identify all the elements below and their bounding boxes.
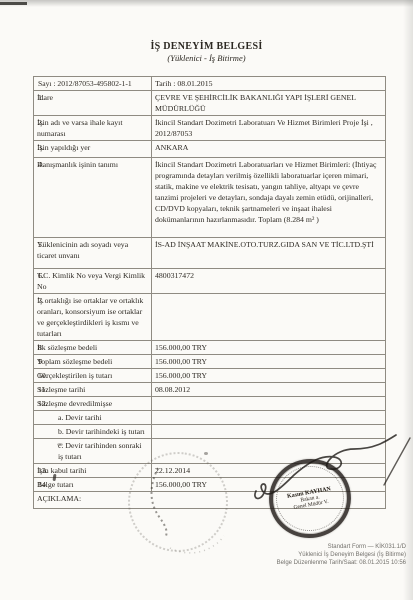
row-value: 156.000,00 TRY: [152, 341, 386, 355]
faint-stamp-strokes: [120, 440, 230, 570]
row-value: 4800317472: [152, 269, 386, 294]
row-number: 6.: [38, 270, 44, 281]
row-label: Sözleşme devredilmişse: [37, 399, 112, 408]
document-subtitle: (Yüklenici - İş Bitirme): [0, 53, 413, 63]
table-row: 10.Gerçekleştirilen iş tutarı 156.000,00…: [34, 369, 386, 383]
document-header: İŞ DENEYİM BELGESİ (Yüklenici - İş Bitir…: [0, 41, 413, 63]
row-label: İşin yapıldığı yer: [37, 143, 90, 152]
row-value: 08.08.2012: [152, 383, 386, 397]
scanned-document-page: İŞ DENEYİM BELGESİ (Yüklenici - İş Bitir…: [0, 0, 413, 600]
row-value: 156.000,00 TRY: [152, 369, 386, 383]
row-label: b. Devir tarihindeki iş tutarı: [58, 427, 145, 436]
table-row: 5.Yüklenicinin adı soyadı veya ticaret u…: [34, 238, 386, 269]
row-value: ÇEVRE VE ŞEHİRCİLİK BAKANLIĞI YAPI İŞLER…: [152, 91, 386, 116]
row-label: a. Devir tarihi: [58, 413, 102, 422]
row-number: 7.: [38, 295, 44, 306]
table-row: 1.İdare ÇEVRE VE ŞEHİRCİLİK BAKANLIĞI YA…: [34, 91, 386, 116]
row-number: 5.: [38, 239, 44, 250]
row-number: 13.: [38, 465, 48, 476]
row-label: Gerçekleştirilen iş tutarı: [37, 371, 112, 380]
row-label: İş ortaklığı ise ortaklar ve ortaklık or…: [37, 296, 143, 338]
row-value: [152, 411, 386, 425]
footer-issue-datetime: Belge Düzenlenme Tarih/Saat: 08.01.2015 …: [277, 559, 406, 567]
row-label: Yüklenicinin adı soyadı veya ticaret unv…: [37, 240, 128, 260]
scan-artifact-top: [0, 0, 413, 7]
signature-mark: [238, 425, 413, 510]
ink-speck: [204, 452, 208, 455]
row-number: 12.: [38, 398, 48, 409]
table-row: 8İlk sözleşme bedeli 156.000,00 TRY: [34, 341, 386, 355]
row-label: Danışmanlık işinin tanımı: [37, 160, 118, 169]
table-row: 7.İş ortaklığı ise ortaklar ve ortaklık …: [34, 294, 386, 341]
row-value: 156.000,00 TRY: [152, 355, 386, 369]
sayi-label: Sayı : 2012/87053-495802-1-1: [34, 77, 152, 91]
row-value: [152, 397, 386, 411]
row-value: [152, 294, 386, 341]
row-value: İkincil Standart Dozimetri Laboratuarlar…: [152, 158, 386, 238]
row-number: 11.: [38, 384, 47, 395]
row-label: İşin adı ve varsa ihale kayıt numarası: [37, 118, 123, 138]
table-row: 2.İşin adı ve varsa ihale kayıt numarası…: [34, 116, 386, 141]
row-number: 1.: [38, 92, 44, 103]
row-label: Toplam sözleşme bedeli: [37, 357, 112, 366]
row-number: 3.: [38, 142, 44, 153]
table-row: 3.İşin yapıldığı yer ANKARA: [34, 141, 386, 158]
ink-speck: [57, 443, 63, 446]
row-number: 14.: [38, 479, 48, 490]
footer-form-name: Yüklenici İş Deneyim Belgesi (İş Bitirme…: [277, 551, 406, 559]
row-number: 9: [38, 356, 42, 367]
table-row: 12.Sözleşme devredilmişse: [34, 397, 386, 411]
table-row: 9Toplam sözleşme bedeli 156.000,00 TRY: [34, 355, 386, 369]
table-row: 4.Danışmanlık işinin tanımı İkincil Stan…: [34, 158, 386, 238]
row-value: ANKARA: [152, 141, 386, 158]
row-value: İS-AD İNŞAAT MAKİNE.OTO.TURZ.GIDA SAN VE…: [152, 238, 386, 269]
scan-artifact-corner: [0, 2, 27, 5]
row-number: 8: [38, 342, 42, 353]
table-row: 11.Sözleşme tarihi 08.08.2012: [34, 383, 386, 397]
form-footer: Standart Form — KİK031.1/D Yüklenici İş …: [277, 543, 406, 567]
tarih-label: Tarih : 08.01.2015: [152, 77, 386, 91]
row-label: T.C. Kimlik No veya Vergi Kimlik No: [37, 271, 145, 291]
table-row: 6.T.C. Kimlik No veya Vergi Kimlik No 48…: [34, 269, 386, 294]
scan-artifact-right: [403, 0, 413, 600]
row-number: 2.: [38, 117, 44, 128]
row-label: İlk sözleşme bedeli: [37, 343, 97, 352]
row-value: İkincil Standart Dozimetri Laboratuarı V…: [152, 116, 386, 141]
table-row: a. Devir tarihi: [34, 411, 386, 425]
footer-form-code: Standart Form — KİK031.1/D: [277, 543, 406, 551]
document-title: İŞ DENEYİM BELGESİ: [0, 41, 413, 52]
row-number: 10.: [38, 370, 48, 381]
row-number: 4.: [38, 159, 44, 170]
table-row-sayi: Sayı : 2012/87053-495802-1-1 Tarih : 08.…: [34, 77, 386, 91]
